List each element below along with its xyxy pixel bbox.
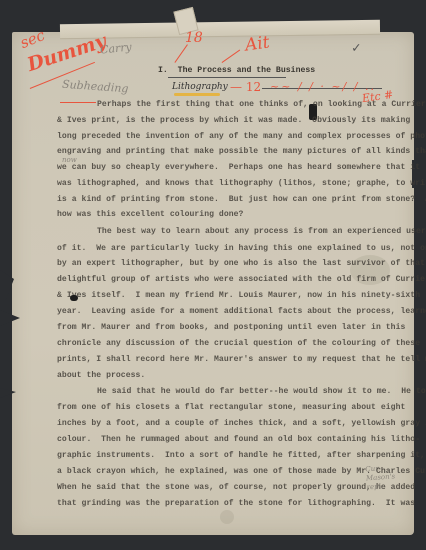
body-line: from Mr. Maurer and from books, and post… — [57, 323, 405, 332]
ink-smudge — [70, 295, 78, 301]
body-line: we can buy so cheaply everywhere. Perhap… — [57, 163, 420, 172]
check-mark-icon: ✓ — [352, 40, 360, 57]
handwritten-subtitle: Lithography — [172, 82, 228, 92]
paper-stain — [220, 510, 234, 524]
body-line: by an expert lithographer, but by one wh… — [57, 259, 425, 268]
body-line: inches by a foot, and a couple of inches… — [57, 419, 426, 428]
body-line: He said that he would do far better--he … — [97, 387, 426, 396]
red-indent-arrow — [60, 102, 96, 103]
red-annotation-dash-12: — 12 — [230, 80, 261, 94]
body-line: how was this excellent colouring done? — [57, 210, 243, 219]
body-line: of it. We are particularly lucky in havi… — [57, 244, 426, 253]
body-line: that grinding was the preparation of the… — [57, 499, 415, 508]
body-line: prints, I shall record here Mr. Maurer's… — [57, 355, 426, 364]
body-line: from one of his closets a flat rectangul… — [57, 403, 405, 412]
body-line: about the process. — [57, 371, 145, 380]
body-line: is a kind of printing from stone. But ju… — [57, 195, 426, 204]
subtitle-highlight — [174, 93, 220, 96]
body-line: Perhaps the first thing that one thinks … — [97, 100, 426, 109]
body-line: was lithographed, and knows that lithogr… — [57, 179, 426, 188]
body-line: engraving and printing that make possibl… — [57, 147, 426, 156]
red-annotation-ait: Ait — [244, 32, 271, 55]
red-annotation-number: 18 — [185, 30, 203, 46]
body-line: When he said that the stone was, of cour… — [57, 483, 415, 492]
body-line: colour. Then he rummaged about and found… — [57, 435, 420, 444]
body-line: & Ives itself. I mean my friend Mr. Loui… — [57, 291, 420, 300]
body-line: The best way to learn about any process … — [97, 227, 426, 236]
title-underline — [168, 77, 286, 78]
body-line: delightful group of artists who were ass… — [57, 275, 426, 284]
red-struck-annotation: ~~ / / · ~/ / .. — [270, 80, 376, 93]
body-line: & Ives print, is the process by which it… — [57, 116, 410, 125]
body-line: long preceded the invention of any of th… — [57, 132, 426, 141]
body-line: chronicle any discussion of the crucial … — [57, 339, 420, 348]
chapter-title: I. The Process and the Business — [158, 66, 315, 75]
body-line: graphic instruments. Into a sort of hand… — [57, 451, 425, 460]
body-line: year. Leaving aside for a moment additio… — [57, 307, 426, 316]
pencil-margin-note: Cur. Mason's repl. — [365, 463, 407, 493]
